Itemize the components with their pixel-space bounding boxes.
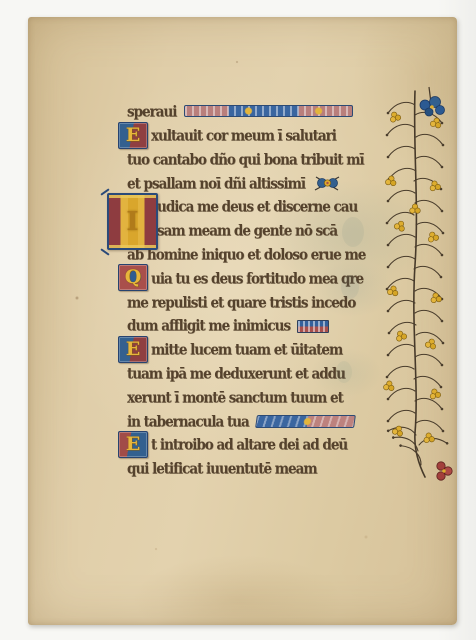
text-line: dum affligit me inimicus bbox=[127, 315, 355, 339]
line-text: qui letificat iuuentutē meam bbox=[127, 462, 317, 477]
line-filler-wave-bar-icon bbox=[255, 415, 356, 428]
text-line: xerunt ī montē sanctum tuum et bbox=[127, 387, 355, 411]
line-text: tuo cantabo dño qui bona tribuit mī bbox=[127, 153, 364, 168]
line-text: tuam ipā me deduxerunt et addu bbox=[127, 367, 345, 382]
line-text: in tabernacula tua bbox=[127, 415, 249, 430]
line-text: xerunt ī montē sanctum tuum et bbox=[127, 391, 343, 406]
line-filler-braided-bar-icon bbox=[184, 105, 353, 117]
line-text: t introibo ad altare dei ad deū bbox=[151, 438, 347, 453]
text-line: Q uia tu es deus fortitudo mea qre bbox=[127, 268, 355, 292]
illuminated-initial-E: E bbox=[118, 122, 148, 149]
text-line: me repulisti et quare tristis incedo bbox=[127, 291, 355, 315]
text-line: sam meam de gente nō scā bbox=[127, 220, 355, 244]
line-text: sam meam de gente nō scā bbox=[157, 224, 337, 239]
illuminated-initial-Q: Q bbox=[118, 264, 148, 291]
text-line: et psallam noī dñi altissimī bbox=[127, 172, 355, 196]
text-line: ab homine iniquo et doloso erue me bbox=[127, 244, 355, 268]
line-text: dum affligit me inimicus bbox=[127, 320, 290, 335]
line-text: et psallam noī dñi altissimī bbox=[127, 177, 305, 192]
red-flower-icon bbox=[437, 462, 452, 480]
text-line: speraui bbox=[127, 101, 355, 125]
line-text: mitte lucem tuam et ūitatem bbox=[151, 343, 342, 358]
flower-sprig-filler-icon bbox=[311, 172, 343, 194]
line-text: me repulisti et quare tristis incedo bbox=[127, 296, 355, 311]
text-line: tuo cantabo dño qui bona tribuit mī bbox=[127, 149, 355, 173]
text-line: tuam ipā me deduxerunt et addu bbox=[127, 363, 355, 387]
text-line: in tabernacula tua bbox=[127, 410, 355, 434]
show-through-smear bbox=[336, 361, 352, 383]
line-text: uia tu es deus fortitudo mea qre bbox=[151, 272, 363, 287]
illuminated-initial-E: E bbox=[118, 431, 148, 458]
blue-flower-icon bbox=[420, 87, 445, 116]
illuminated-initial-I: I bbox=[107, 193, 158, 250]
text-line: qui letificat iuuentutē meam bbox=[127, 458, 355, 482]
line-text: speraui bbox=[127, 105, 176, 120]
text-block: speraui E xultauit cor meum ī salutari t… bbox=[127, 101, 355, 482]
gold-leaf-icons bbox=[383, 110, 442, 443]
line-text: udica me deus et discerne cau bbox=[157, 201, 357, 216]
line-filler-short-bar-icon bbox=[297, 320, 329, 333]
text-line: E mitte lucem tuam et ūitatem bbox=[127, 339, 355, 363]
photo-background: speraui E xultauit cor meum ī salutari t… bbox=[0, 0, 476, 640]
show-through-smear bbox=[341, 275, 359, 299]
show-through-smear bbox=[342, 217, 364, 247]
text-line: udica me deus et discerne cau bbox=[127, 196, 355, 220]
line-text: ab homine iniquo et doloso erue me bbox=[127, 248, 365, 263]
marginal-vine-border bbox=[373, 85, 461, 487]
illuminated-initial-E: E bbox=[118, 336, 148, 363]
text-line: E t introibo ad altare dei ad deū bbox=[127, 434, 355, 458]
text-line: E xultauit cor meum ī salutari bbox=[127, 125, 355, 149]
manuscript-leaf: speraui E xultauit cor meum ī salutari t… bbox=[28, 17, 457, 625]
line-text: xultauit cor meum ī salutari bbox=[151, 129, 336, 144]
